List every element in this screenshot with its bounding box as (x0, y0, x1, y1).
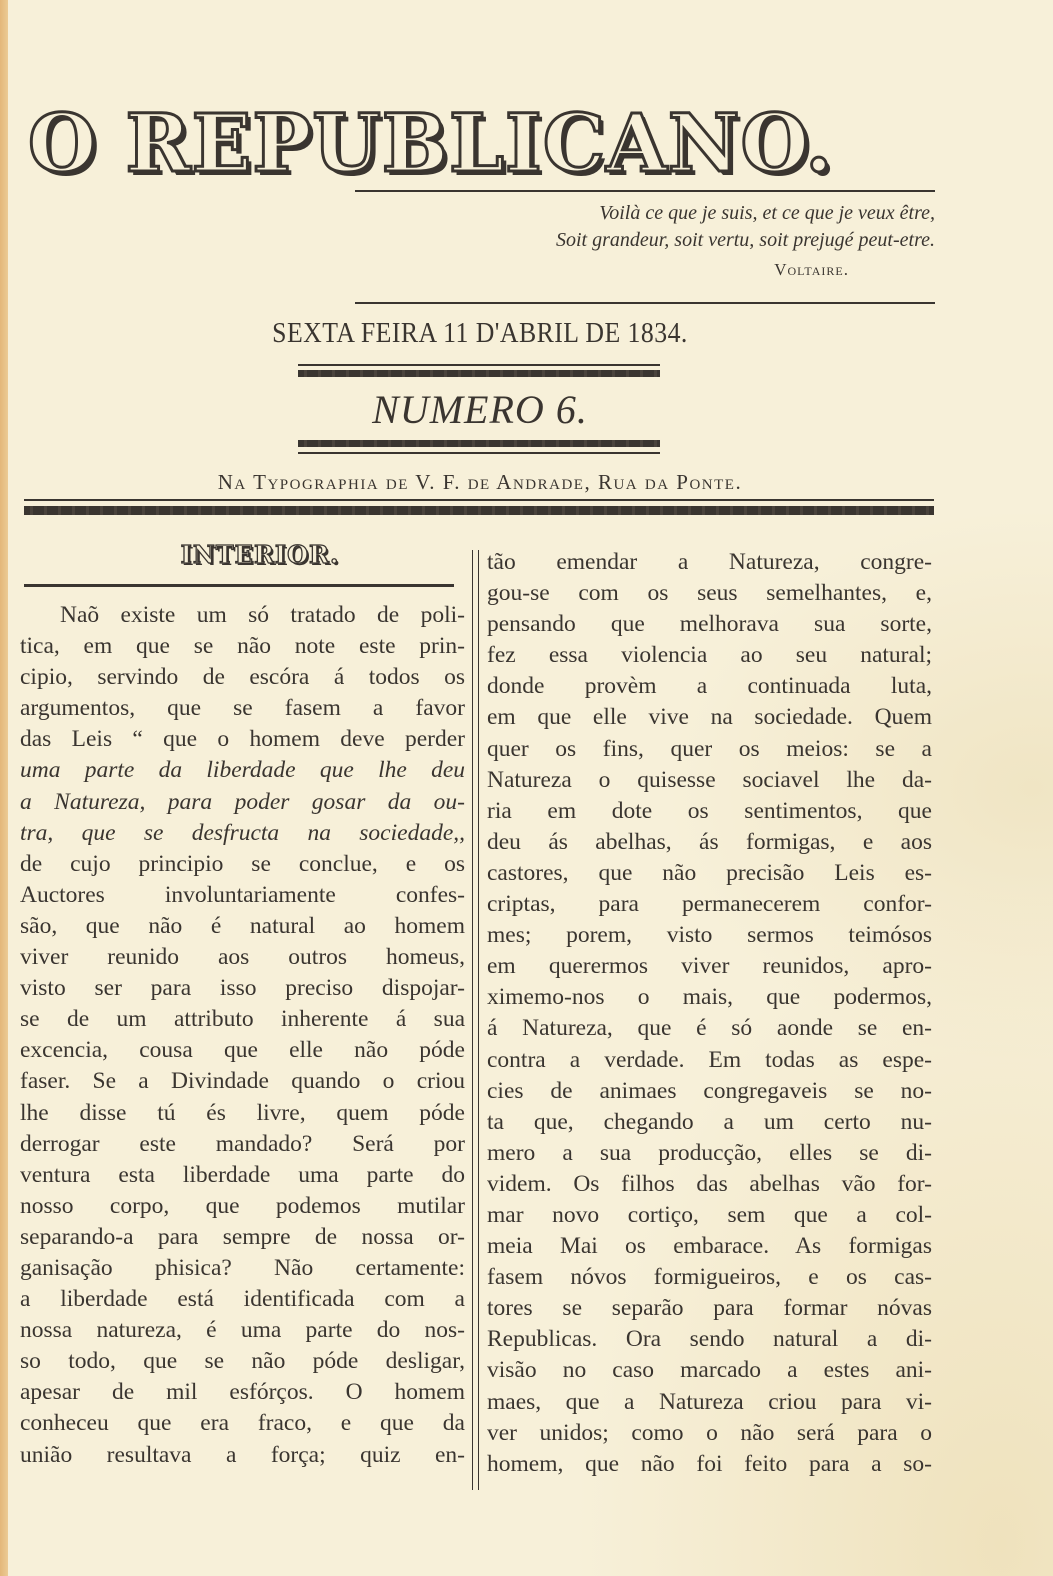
text-line: á Natureza, que é só aonde se en- (487, 1013, 932, 1044)
text-line: criptas, para permanecerem confor- (487, 889, 932, 920)
text-line: separando-a para sempre de nossa or- (20, 1222, 465, 1253)
text-line: nosso corpo, que podemos mutilar (20, 1191, 465, 1222)
text-line: maes, que a Natureza criou para vi- (487, 1387, 932, 1418)
text-line: mar novo cortiço, sem que a col- (487, 1200, 932, 1231)
text-line: visão no caso marcado a estes ani- (487, 1355, 932, 1386)
number-rule-bottom-thin (298, 452, 660, 454)
text-line: se de um attributo inherente á sua (20, 1004, 465, 1035)
text-line: ver unidos; como o não será para o (487, 1418, 932, 1449)
text-line: lhe disse tú és livre, quem póde (20, 1098, 465, 1129)
text-line: ria em dote os sentimentos, que (487, 796, 932, 827)
text-line: fez essa violencia ao seu natural; (487, 640, 932, 671)
text-line-italic: tra, que se desfructa na sociedade,, (20, 818, 465, 849)
epigraph-line: Soit grandeur, soit vertu, soit prejugé … (370, 227, 935, 254)
text-line: união resultava a força; quiz en- (20, 1440, 465, 1471)
epigraph-author: Voltaire. (370, 256, 849, 283)
text-line: tão emendar a Natureza, congre- (487, 547, 932, 578)
text-line-italic: a Natureza, para poder gosar da ou- (20, 787, 465, 818)
section-rule (24, 584, 454, 587)
text-line: conheceu que era fraco, e que da (20, 1408, 465, 1439)
text-line: videm. Os filhos das abelhas vão for- (487, 1169, 932, 1200)
text-line: viver reunido aos outros homeus, (20, 942, 465, 973)
text-line: deu ás abelhas, ás formigas, e aos (487, 827, 932, 858)
right-column: tão emendar a Natureza, congre- gou-se c… (487, 547, 932, 1480)
text-line: das Leis “ que o homem deve perder (20, 724, 465, 755)
text-line: donde provèm a continuada luta, (487, 671, 932, 702)
left-column: Naõ existe um só tratado de poli- tica, … (20, 600, 465, 1471)
text-line-italic: uma parte da liberdade que lhe deu (20, 755, 465, 786)
text-line: apesar de mil esfórços. O homem (20, 1377, 465, 1408)
text-line: Naõ existe um só tratado de poli- (20, 600, 465, 631)
paper-edge (0, 0, 8, 1576)
imprint: Na Typographia de V. F. de Andrade, Rua … (0, 470, 960, 495)
epigraph: Voilà ce que je suis, et ce que je veux … (370, 200, 935, 283)
dateline: SEXTA FEIRA 11 D'ABRIL DE 1834. (38, 318, 921, 350)
text-line: em querermos viver reunidos, apro- (487, 951, 932, 982)
newspaper-page: O REPUBLICANO. Voilà ce que je suis, et … (0, 0, 1053, 1576)
text-line: cipio, servindo de escóra á todos os (20, 662, 465, 693)
text-line: mes; porem, visto sermos teimósos (487, 920, 932, 951)
text-line: quer os fins, quer os meios: se a (487, 734, 932, 765)
text-line: em que elle vive na sociedade. Quem (487, 702, 932, 733)
text-line: cies de animaes congregaveis se no- (487, 1076, 932, 1107)
text-line: derrogar este mandado? Será por (20, 1129, 465, 1160)
text-line: castores, que não precisão Leis es- (487, 858, 932, 889)
column-divider (472, 550, 479, 1490)
text-line: tica, em que se não note este prin- (20, 631, 465, 662)
text-line: ximemo-nos o mais, que podermos, (487, 982, 932, 1013)
text-line: ta que, chegando a um certo nu- (487, 1107, 932, 1138)
text-line: contra a verdade. Em todas as espe- (487, 1045, 932, 1076)
text-line: so todo, que se não póde desligar, (20, 1346, 465, 1377)
text-line: Auctores involuntariamente confes- (20, 880, 465, 911)
text-line: mero a sua producção, elles se di- (487, 1138, 932, 1169)
text-line: são, que não é natural ao homem (20, 911, 465, 942)
text-line: fasem nóvos formigueiros, e os cas- (487, 1262, 932, 1293)
text-line: homem, que não foi feito para a so- (487, 1449, 932, 1480)
text-line: meia Mai os embarace. As formigas (487, 1231, 932, 1262)
text-line: de cujo principio se conclue, e os (20, 849, 465, 880)
text-line: faser. Se a Divindade quando o criou (20, 1066, 465, 1097)
header-rule-thin (24, 499, 934, 501)
text-line: gou-se com os seus semelhantes, e, (487, 578, 932, 609)
text-line: excencia, cousa que elle não póde (20, 1035, 465, 1066)
text-line: tores se separão para formar nóvas (487, 1293, 932, 1324)
text-line: argumentos, que se fasem a favor (20, 693, 465, 724)
text-line: Natureza o quisesse sociavel lhe da- (487, 765, 932, 796)
text-line: nossa natureza, é uma parte do nos- (20, 1315, 465, 1346)
text-line: pensando que melhorava sua sorte, (487, 609, 932, 640)
epigraph-line: Voilà ce que je suis, et ce que je veux … (370, 200, 935, 227)
epigraph-rule (355, 302, 935, 304)
number-rule-top-thin (298, 364, 660, 366)
number-rule-bottom-thick (298, 440, 660, 447)
masthead-title: O REPUBLICANO. (28, 98, 922, 188)
masthead-rule (355, 190, 935, 192)
section-title: INTERIOR. (60, 540, 460, 569)
text-line: a liberdade está identificada com a (20, 1284, 465, 1315)
header-rule-thick (24, 506, 934, 515)
issue-number: NUMERO 6. (0, 386, 960, 433)
text-line: visto ser para isso preciso dispojar- (20, 973, 465, 1004)
text-line: ganisação phisica? Não certamente: (20, 1253, 465, 1284)
number-rule-top-thick (298, 370, 660, 377)
text-line: ventura esta liberdade uma parte do (20, 1160, 465, 1191)
text-line: Republicas. Ora sendo natural a di- (487, 1324, 932, 1355)
